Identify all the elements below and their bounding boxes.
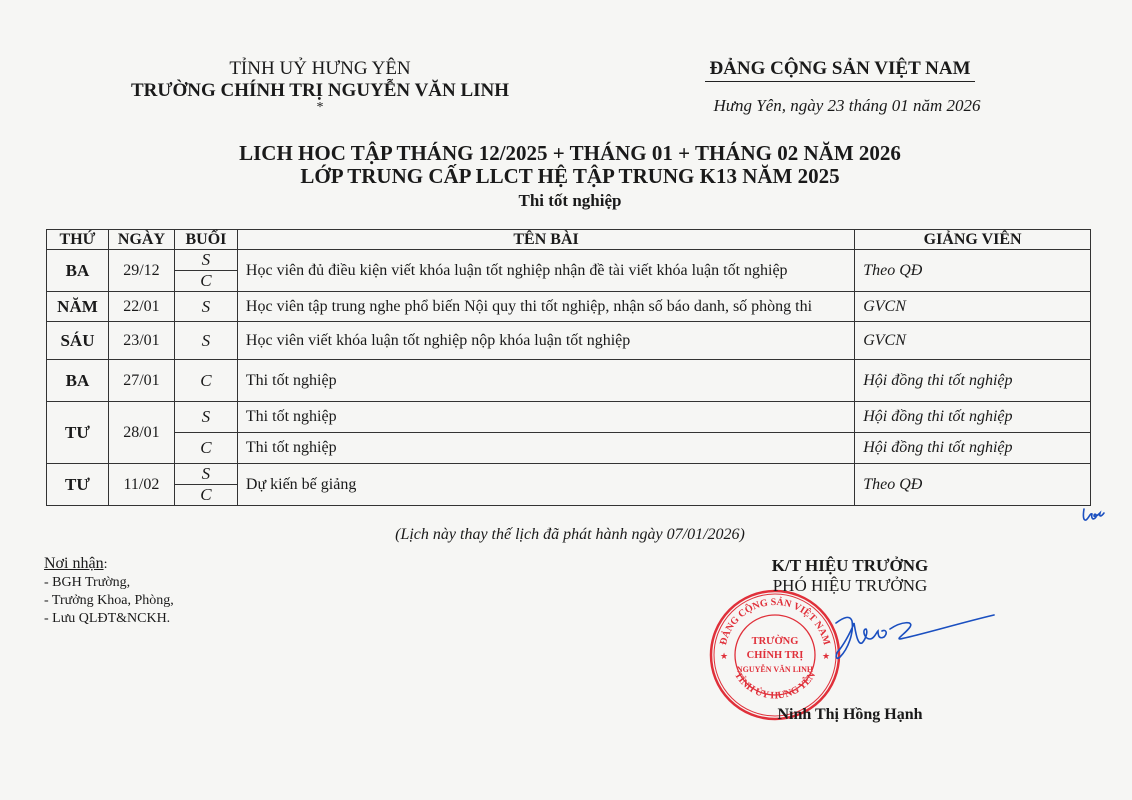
title-line-1: LICH HOC TẬP THÁNG 12/2025 + THÁNG 01 + … [160, 142, 980, 165]
day-cell: BA [47, 360, 109, 402]
day-cell: SÁU [47, 322, 109, 360]
date-cell: 28/01 [108, 402, 174, 464]
signature-block: K/T HIỆU TRƯỞNG PHÓ HIỆU TRƯỞNG Ninh Thị… [700, 556, 1000, 596]
lecturer-cell: Hội đồng thi tốt nghiệp [855, 360, 1091, 402]
topic-cell: Học viên đủ điều kiện viết khóa luận tốt… [237, 250, 854, 292]
session-cell: S [174, 292, 237, 322]
session-cell: C [174, 271, 237, 292]
topic-cell: Thi tốt nghiệp [237, 360, 854, 402]
handwritten-signature-icon [830, 605, 1000, 665]
official-stamp: ĐẢNG CỘNG SẢN VIỆT NAM TỈNH ỦY HƯNG YÊN … [708, 588, 842, 722]
table-header-row: THỨ NGÀY BUỔI TÊN BÀI GIẢNG VIÊN [47, 230, 1091, 250]
table-row: TƯ 11/02 S Dự kiến bế giảng Theo QĐ [47, 464, 1091, 485]
lecturer-cell: Theo QĐ [855, 250, 1091, 292]
table-row: BA 27/01 C Thi tốt nghiệp Hội đồng thi t… [47, 360, 1091, 402]
day-cell: NĂM [47, 292, 109, 322]
session-cell: C [174, 360, 237, 402]
lecturer-cell: Theo QĐ [855, 464, 1091, 506]
recipient-item: - Trưởng Khoa, Phòng, [44, 592, 174, 610]
schedule-table: THỨ NGÀY BUỔI TÊN BÀI GIẢNG VIÊN BA 29/1… [46, 229, 1091, 506]
session-cell: S [174, 402, 237, 433]
stamp-outer-bottom: TỈNH ỦY HƯNG YÊN [732, 669, 819, 701]
session-cell: S [174, 322, 237, 360]
signer-title: PHÓ HIỆU TRƯỞNG [700, 576, 1000, 596]
day-cell: TƯ [47, 402, 109, 464]
session-cell: S [174, 250, 237, 271]
signer-authority: K/T HIỆU TRƯỞNG [700, 556, 1000, 576]
title-line-2: LỚP TRUNG CẤP LLCT HỆ TẬP TRUNG K13 NĂM … [160, 165, 980, 188]
header-session: BUỔI [174, 230, 237, 250]
recipients: Nơi nhận: - BGH Trường, - Trưởng Khoa, P… [44, 555, 174, 628]
svg-text:★: ★ [720, 651, 728, 661]
issuer-header: TỈNH UỶ HƯNG YÊN TRƯỜNG CHÍNH TRỊ NGUYỄN… [100, 58, 540, 114]
topic-cell: Học viên viết khóa luận tốt nghiệp nộp k… [237, 322, 854, 360]
date-cell: 11/02 [108, 464, 174, 506]
table-row: NĂM 22/01 S Học viên tập trung nghe phổ … [47, 292, 1091, 322]
lecturer-cell: GVCN [855, 292, 1091, 322]
day-cell: TƯ [47, 464, 109, 506]
party-name: ĐẢNG CỘNG SẢN VIỆT NAM [705, 58, 974, 82]
svg-text:★: ★ [822, 651, 830, 661]
party-header: ĐẢNG CỘNG SẢN VIỆT NAM Hưng Yên, ngày 23… [680, 58, 1000, 116]
topic-cell: Thi tốt nghiệp [237, 402, 854, 433]
asterisk: * [100, 102, 540, 114]
lecturer-cell: GVCN [855, 322, 1091, 360]
stamp-inner-3: NGUYỄN VĂN LINH [737, 664, 814, 674]
header-lecturer: GIẢNG VIÊN [855, 230, 1091, 250]
header-day: THỨ [47, 230, 109, 250]
table-row: SÁU 23/01 S Học viên viết khóa luận tốt … [47, 322, 1091, 360]
school-name: TRƯỜNG CHÍNH TRỊ NGUYỄN VĂN LINH [100, 80, 540, 102]
stamp-inner-2: CHÍNH TRỊ [747, 649, 804, 661]
session-cell: C [174, 433, 237, 464]
topic-cell: Dự kiến bế giảng [237, 464, 854, 506]
signer-name: Ninh Thị Hồng Hạnh [700, 706, 1000, 724]
recipient-item: - Lưu QLĐT&NCKH. [44, 610, 174, 628]
province-committee: TỈNH UỶ HƯNG YÊN [100, 58, 540, 80]
stamp-inner-1: TRƯỜNG [752, 635, 799, 647]
recipient-item: - BGH Trường, [44, 574, 174, 592]
topic-cell: Học viên tập trung nghe phổ biến Nội quy… [237, 292, 854, 322]
day-cell: BA [47, 250, 109, 292]
date-cell: 23/01 [108, 322, 174, 360]
lecturer-cell: Hội đồng thi tốt nghiệp [855, 402, 1091, 433]
recipients-heading: Nơi nhận [44, 555, 104, 572]
table-row: BA 29/12 S Học viên đủ điều kiện viết kh… [47, 250, 1091, 271]
date-cell: 29/12 [108, 250, 174, 292]
header-date: NGÀY [108, 230, 174, 250]
place-date: Hưng Yên, ngày 23 tháng 01 năm 2026 [694, 96, 1000, 116]
subtitle: Thi tốt nghiệp [160, 190, 980, 212]
header-topic: TÊN BÀI [237, 230, 854, 250]
replacement-note: (Lịch này thay thế lịch đã phát hành ngà… [300, 526, 840, 544]
date-cell: 22/01 [108, 292, 174, 322]
document-title: LICH HOC TẬP THÁNG 12/2025 + THÁNG 01 + … [160, 142, 980, 212]
svg-text:TỈNH ỦY HƯNG YÊN: TỈNH ỦY HƯNG YÊN [732, 669, 819, 701]
session-cell: C [174, 485, 237, 506]
session-cell: S [174, 464, 237, 485]
initials-mark-icon [1080, 505, 1108, 525]
lecturer-cell: Hội đồng thi tốt nghiệp [855, 433, 1091, 464]
table-row-sub: C Thi tốt nghiệp Hội đồng thi tốt nghiệp [47, 433, 1091, 464]
date-cell: 27/01 [108, 360, 174, 402]
topic-cell: Thi tốt nghiệp [237, 433, 854, 464]
table-row: TƯ 28/01 S Thi tốt nghiệp Hội đồng thi t… [47, 402, 1091, 433]
